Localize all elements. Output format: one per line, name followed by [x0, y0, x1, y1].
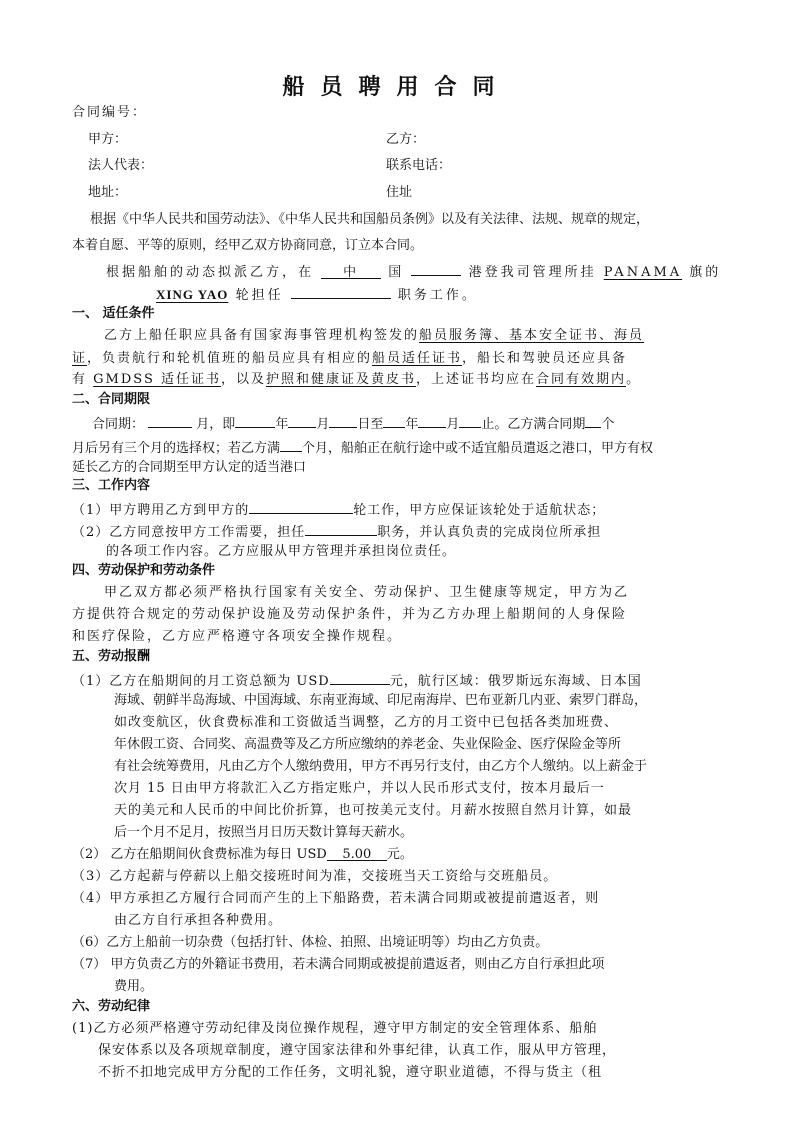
section-4-heading: 四、劳动保护和劳动条件	[72, 562, 215, 580]
section-1-line-2: 证，负责航行和轮机值班的船员应具有相应的船员适任证书，船长和驾驶员还应具备	[72, 350, 627, 368]
work-item-2: （2）乙方同意按甲方工作需要，担任职务，并认真负责的完成岗位所承担	[72, 521, 601, 542]
flag-suffix: 旗的	[689, 265, 721, 280]
salary-item-1-l2: 海域、朝鲜半岛海域、中国海域、东南亚海域、印尼南海岸、巴布亚新几内亚、索罗门群岛…	[114, 692, 647, 710]
address-label: 地址：	[88, 184, 127, 202]
salary-item-3: （3）乙方起薪与停薪以上船交接班时间为准，交接班当天工资给与交班船员。	[72, 868, 557, 886]
end-day-field[interactable]	[459, 413, 481, 428]
port-field[interactable]	[411, 261, 461, 276]
work-item-2-cont: 的各项工作内容。乙方应服从甲方管理并承担岗位责任。	[106, 543, 456, 561]
salary-item-1: （1）乙方在船期间的月工资总额为 USD元，航行区域：俄罗斯远东海域、日本国	[72, 670, 642, 691]
salary-item-7-cont: 费用。	[114, 978, 153, 996]
vessel-name: XING YAO	[156, 287, 228, 302]
salary-item-1-l6: 次月 15 日由甲方将款汇入乙方指定账户，并以人民币形式支付，按本月最后一	[114, 780, 605, 798]
passport-health-docs: 护照和健康证及黄皮书	[266, 372, 416, 387]
salary-item-1-l7: 天的美元和人民币的中间比价折算，也可按美元支付。月薪水按照自然月计算，如最	[114, 802, 632, 820]
phone-label: 联系电话：	[386, 157, 451, 175]
section-1-line-3: 有 GMDSS 适任证书，以及护照和健康证及黄皮书，上述证书均应在合同有效期内。	[72, 371, 641, 389]
option-after-months-field[interactable]	[585, 413, 601, 428]
legal-representative-label: 法人代表：	[88, 157, 153, 175]
months-field[interactable]	[148, 413, 192, 428]
salary-item-4-cont: 由乙方自行承担各种费用。	[114, 912, 282, 930]
validity-period: 合同有效期内	[536, 372, 626, 387]
section-3-heading: 三、工作内容	[72, 477, 150, 495]
section-1-line-1: 乙方上船任职应具备有国家海事管理机构签发的船员服务簿、基本安全证书、海员	[104, 327, 644, 345]
end-month-field[interactable]	[418, 413, 446, 428]
salary-item-1-l3: 如改变航区，伙食费标准和工资做适当调整，乙方的月工资中已包括各类加班费、	[114, 714, 618, 732]
contract-period-line-3: 延长乙方的合同期至甲方认定的适当港口	[72, 459, 306, 477]
competency-certificate: 船员适任证书	[372, 351, 462, 366]
section-4-line-2: 方提供符合规定的劳动保护设施及劳动保护条件，并为乙方办理上船期间的人身保险	[72, 606, 627, 624]
page-title: 船员聘用合同	[0, 70, 793, 101]
start-month-field[interactable]	[288, 413, 316, 428]
certificate-list: 船员服务簿、基本安全证书、海员	[419, 328, 644, 343]
gmdss-certificate: GMDSS 适任证书	[93, 372, 221, 387]
work-item-1: （1）甲方聘用乙方到甲方的轮工作，甲方应保证该轮处于适航状态；	[72, 499, 605, 520]
section-2-heading: 二、合同期限	[72, 391, 150, 409]
discipline-item-1-l2: 保安体系以及各项规章制度，遵守国家法律和外事纪律，认真工作，服从甲方管理，	[98, 1042, 616, 1060]
discipline-item-1-l3: 不折不扣地完成甲方分配的工作任务，文明礼貌，遵守职业道德，不得与货主（租	[98, 1064, 602, 1082]
section-6-heading: 六、劳动纪律	[72, 998, 150, 1016]
start-year-field[interactable]	[235, 413, 275, 428]
meal-allowance-field[interactable]: 5.00	[327, 846, 387, 861]
vessel-suffix: 轮担任	[236, 288, 284, 303]
party-a-label: 甲方：	[88, 131, 127, 149]
section-4-line-1: 甲乙双方都必须严格执行国家有关安全、劳动保护、卫生健康等规定，甲方为乙	[104, 584, 629, 602]
monthly-salary-field[interactable]	[330, 670, 390, 685]
salary-item-7: （7） 甲方负责乙方的外籍证书费用，若未满合同期或被提前遣返者，则由乙方自行承担…	[72, 956, 604, 974]
salary-item-6: （6）乙方上船前一切杂费（包括打针、体检、拍照、出境证明等）均由乙方负责。	[72, 934, 548, 952]
discipline-item-1: (1)乙方必须严格遵守劳动纪律及岗位操作规程，遵守甲方制定的安全管理体系、船舶	[72, 1020, 597, 1038]
duty-field[interactable]	[291, 284, 391, 299]
salary-item-1-l4: 年休假工资、合同奖、高温费等及乙方所应缴纳的养老金、失业保险金、医疗保险金等所	[114, 736, 621, 754]
salary-item-2: （2） 乙方在船期间伙食费标准为每日 USD5.00元。	[72, 846, 413, 864]
assignment-prefix: 根据船舶的动态拟派乙方，在	[106, 265, 314, 280]
section-5-heading: 五、劳动报酬	[72, 648, 150, 666]
residence-label: 住址	[386, 184, 412, 202]
country-suffix: 国	[388, 265, 404, 280]
section-4-line-3: 和医疗保险，乙方应严格遵守各项安全操作规程。	[72, 628, 402, 646]
preamble-line-2: 本着自愿、平等的原则，经甲乙双方协商同意，订立本合同。	[72, 237, 423, 255]
flag-value: PANAMA	[604, 265, 682, 280]
salary-item-1-l5: 有社会统筹费用，凡由乙方个人缴纳费用，甲方不再另行支付，由乙方个人缴纳。以上薪金…	[114, 758, 647, 776]
vessel-field[interactable]	[249, 499, 353, 514]
start-day-field[interactable]	[329, 413, 357, 428]
salary-item-1-l8: 后一个月不足月，按照当月日历天数计算每天薪水。	[114, 824, 413, 842]
assignment-line-2: XING YAO 轮担任 职务工作。	[156, 284, 478, 305]
assignment-line-1: 根据船舶的动态拟派乙方，在 中 国 港登我司管理所挂 PANAMA 旗的	[106, 261, 721, 282]
contract-period-line-2: 月后另有三个月的选择权；若乙方满个月，船舶正在航行途中或不适宜船员遣返之港口，甲…	[72, 437, 653, 458]
port-suffix: 港登我司管理所挂	[469, 265, 597, 280]
contract-page: 船员聘用合同 合同编号： 甲方： 乙方： 法人代表： 联系电话： 地址： 住址 …	[0, 0, 793, 1122]
end-year-field[interactable]	[383, 413, 405, 428]
country-field[interactable]: 中	[321, 264, 381, 279]
party-b-label: 乙方：	[386, 131, 425, 149]
preamble-line-1: 根据《中华人民共和国劳动法》、《中华人民共和国船员条例》以及有关法律、法规、规章…	[90, 211, 649, 229]
extension-months-field[interactable]	[280, 437, 302, 452]
contract-number-label: 合同编号：	[72, 104, 147, 122]
position-field[interactable]	[305, 521, 377, 536]
section-1-heading: 一、 适任条件	[72, 305, 155, 323]
salary-item-4: （4）甲方承担乙方履行合同而产生的上下船路费，若未满合同期或被提前遣返者，则	[72, 890, 599, 908]
contract-period-line: 合同期： 月，即年月日至年月止。乙方满合同期个	[92, 413, 614, 434]
duty-suffix: 职务工作。	[398, 288, 478, 303]
